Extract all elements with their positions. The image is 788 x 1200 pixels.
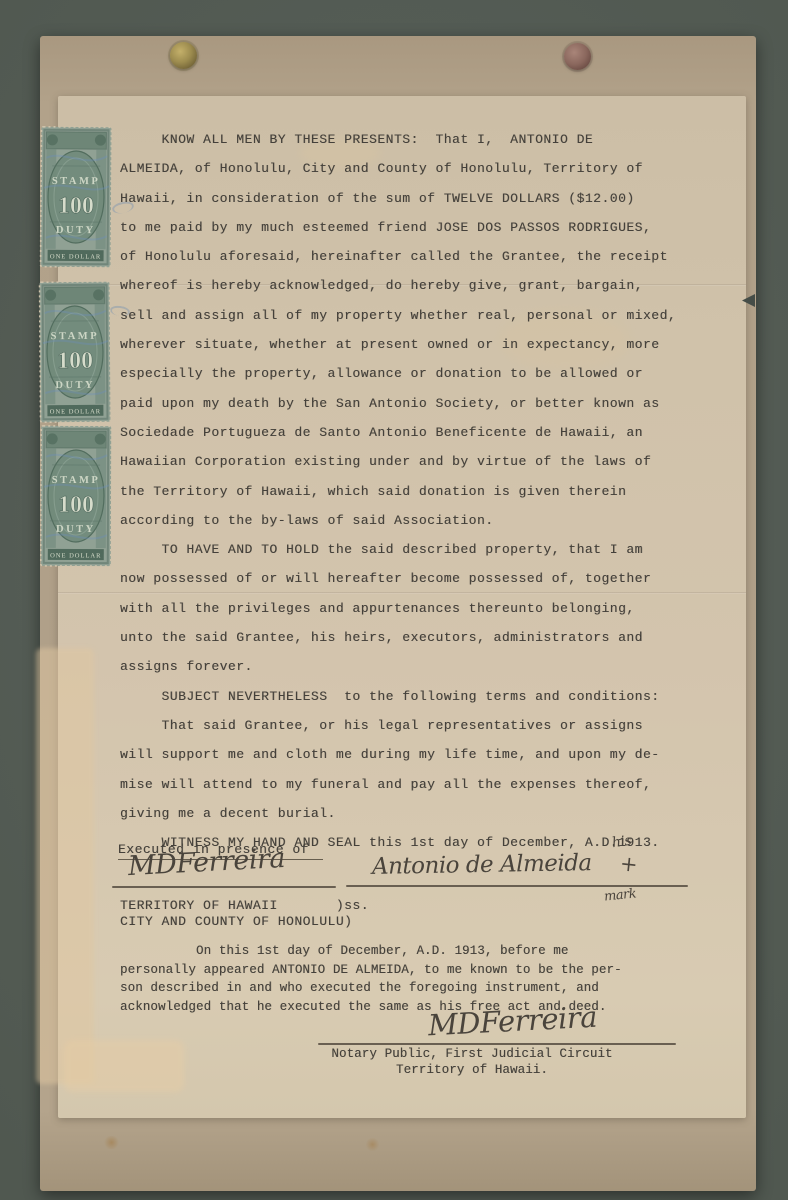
text-line: mise will attend to my funeral and pay a… <box>120 770 710 799</box>
text-line: of Honolulu aforesaid, hereinafter calle… <box>120 242 710 271</box>
revenue-stamp-1 <box>40 126 113 268</box>
notary-title: Notary Public, First Judicial CircuitTer… <box>322 1047 622 1078</box>
photo-background: { "colors": { "background": "#4f574f", "… <box>0 0 788 1200</box>
revenue-stamp-3 <box>40 425 112 567</box>
venue-caption: TERRITORY OF HAWAII )ss.CITY AND COUNTY … <box>120 898 369 930</box>
text-line: unto the said Grantee, his heirs, execut… <box>120 623 710 652</box>
text-line: giving me a decent burial. <box>120 799 710 828</box>
text-line: whereof is hereby acknowledged, do hereb… <box>120 271 710 300</box>
text-line: assigns forever. <box>120 652 710 681</box>
text-line: KNOW ALL MEN BY THESE PRESENTS: That I, … <box>120 125 710 154</box>
text-line: especially the property, allowance or do… <box>120 359 710 388</box>
text-line: wherever situate, whether at present own… <box>120 330 710 359</box>
text-line: That said Grantee, or his legal represen… <box>120 711 710 740</box>
principal-signature: Antonio de Almeida <box>372 850 592 880</box>
deed-body-text: KNOW ALL MEN BY THESE PRESENTS: That I, … <box>120 125 710 857</box>
text-line: Hawaiian Corporation existing under and … <box>120 447 710 476</box>
text-line: personally appeared ANTONIO DE ALMEIDA, … <box>120 961 680 980</box>
revenue-stamp-2 <box>39 281 112 423</box>
text-line: Hawaii, in consideration of the sum of T… <box>120 184 710 213</box>
principal-signature-line <box>346 885 688 887</box>
text-line: to me paid by my much esteemed friend JO… <box>120 213 710 242</box>
text-line: SUBJECT NEVERTHELESS to the following te… <box>120 682 710 711</box>
text-line: now possessed of or will hereafter becom… <box>120 564 710 593</box>
text-line: paid upon my death by the San Antonio So… <box>120 389 710 418</box>
text-line: will support me and cloth me during my l… <box>120 740 710 769</box>
text-line: TO HAVE AND TO HOLD the said described p… <box>120 535 710 564</box>
cross-mark: + <box>619 851 639 877</box>
text-line: the Territory of Hawaii, which said dona… <box>120 477 710 506</box>
witness-signature-line <box>112 886 336 888</box>
text-line: with all the privileges and appurtenance… <box>120 594 710 623</box>
text-line: sell and assign all of my property wheth… <box>120 301 710 330</box>
his-label: his <box>611 833 632 852</box>
notary-signature-line <box>318 1043 676 1045</box>
text-line: CITY AND COUNTY OF HONOLULU) <box>120 914 369 930</box>
fastener-right <box>564 43 591 70</box>
text-line: Sociedade Portugueza de Santo Antonio Be… <box>120 418 710 447</box>
text-line: according to the by-laws of said Associa… <box>120 506 710 535</box>
brass-fastener-left <box>170 42 197 69</box>
text-line: On this 1st day of December, A.D. 1913, … <box>120 942 680 961</box>
text-line: son described in and who executed the fo… <box>120 979 680 998</box>
text-line: TERRITORY OF HAWAII )ss. <box>120 898 369 914</box>
text-line: ALMEIDA, of Honolulu, City and County of… <box>120 154 710 183</box>
text-line: Notary Public, First Judicial Circuit <box>322 1047 622 1063</box>
text-line: Territory of Hawaii. <box>322 1063 622 1079</box>
